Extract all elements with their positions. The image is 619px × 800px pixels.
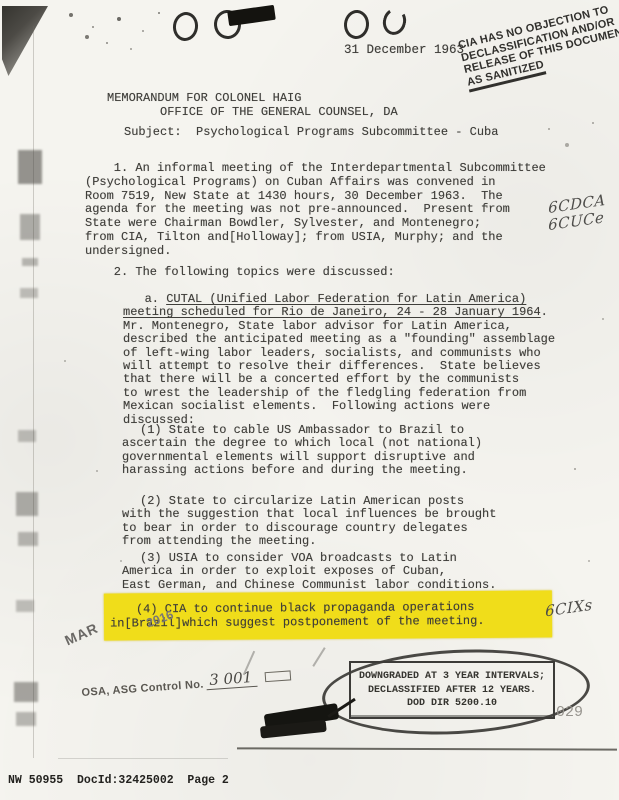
punch-hole-icon — [343, 9, 370, 40]
punch-hole-icon — [380, 6, 409, 38]
paragraph-a-body: . Mr. Montenegro, State labor advisor fo… — [123, 305, 555, 426]
sub-item-4: (4) CIA to continue black propaganda ope… — [110, 599, 548, 630]
scan-artifact-line — [237, 747, 617, 750]
mar-stamp: MAR — [62, 620, 100, 649]
punch-hole-icon — [171, 10, 200, 42]
archive-footer: NW 50955 DocId:32425002 Page 2 — [8, 774, 229, 787]
cia-sanitized-stamp: CIA HAS NO OBJECTION TO DECLASSIFICATION… — [457, 0, 619, 93]
page-corner-fold — [2, 6, 48, 76]
edge-smudge — [20, 214, 40, 240]
osa-end-box — [265, 670, 292, 682]
downgraded-line: DOD DIR 5200.10 — [351, 697, 553, 711]
osa-control-stamp: OSA, ASG Control No. 3 001 — [81, 665, 292, 699]
downgraded-line: DECLASSIFIED AFTER 12 YEARS. — [351, 684, 553, 698]
marker-redaction — [259, 699, 354, 753]
margin-annotation-top: 6CDCA 6CUCe — [548, 192, 605, 234]
edge-smudge — [18, 532, 38, 546]
edge-smudge — [16, 600, 34, 612]
faint-page-number: 029 — [556, 704, 583, 721]
edge-smudge — [14, 682, 38, 702]
margin-annotation-bottom: 6CIXs — [545, 597, 592, 621]
osa-control-number: 3 001 — [206, 668, 258, 691]
subject-line: Subject: Psychological Programs Subcommi… — [124, 126, 498, 139]
edge-smudge — [18, 150, 42, 184]
downgraded-stamp-box: DOWNGRADED AT 3 YEAR INTERVALS; DECLASSI… — [349, 661, 555, 719]
sub-item-2: (2) State to circularize Latin American … — [122, 495, 496, 549]
pencil-mark — [312, 647, 325, 667]
scan-artifact-line — [58, 758, 228, 759]
paragraph-a-prefix: a. — [123, 292, 166, 306]
black-tape-mark — [227, 5, 276, 26]
memo-heading-line2: OFFICE OF THE GENERAL COUNSEL, DA — [160, 106, 398, 119]
scan-speckles — [0, 0, 2, 2]
paragraph-a: a. CUTAL (Unified Labor Federation for L… — [123, 293, 555, 427]
edge-smudge — [18, 430, 36, 442]
edge-smudge — [22, 258, 38, 266]
osa-control-label: OSA, ASG Control No. — [81, 678, 204, 699]
paragraph-2: 2. The following topics were discussed: — [85, 266, 395, 279]
scanned-memo-page: 31 December 1963 CIA HAS NO OBJECTION TO… — [0, 0, 619, 800]
paragraph-1: 1. An informal meeting of the Interdepar… — [85, 162, 546, 259]
edge-smudge — [20, 288, 38, 298]
memo-heading-line1: MEMORANDUM FOR COLONEL HAIG — [107, 92, 301, 105]
paragraph-a-heading: CUTAL (Unified Labor Federation for Lati… — [123, 292, 541, 319]
edge-smudge — [16, 492, 38, 516]
edge-smudge — [16, 712, 36, 726]
downgraded-line: DOWNGRADED AT 3 YEAR INTERVALS; — [351, 670, 553, 684]
sub-item-3: (3) USIA to consider VOA broadcasts to L… — [122, 552, 496, 592]
date-line: 31 December 1963 — [344, 44, 464, 57]
sub-item-1: (1) State to cable US Ambassador to Braz… — [122, 424, 482, 478]
binding-crease-line — [33, 26, 34, 758]
